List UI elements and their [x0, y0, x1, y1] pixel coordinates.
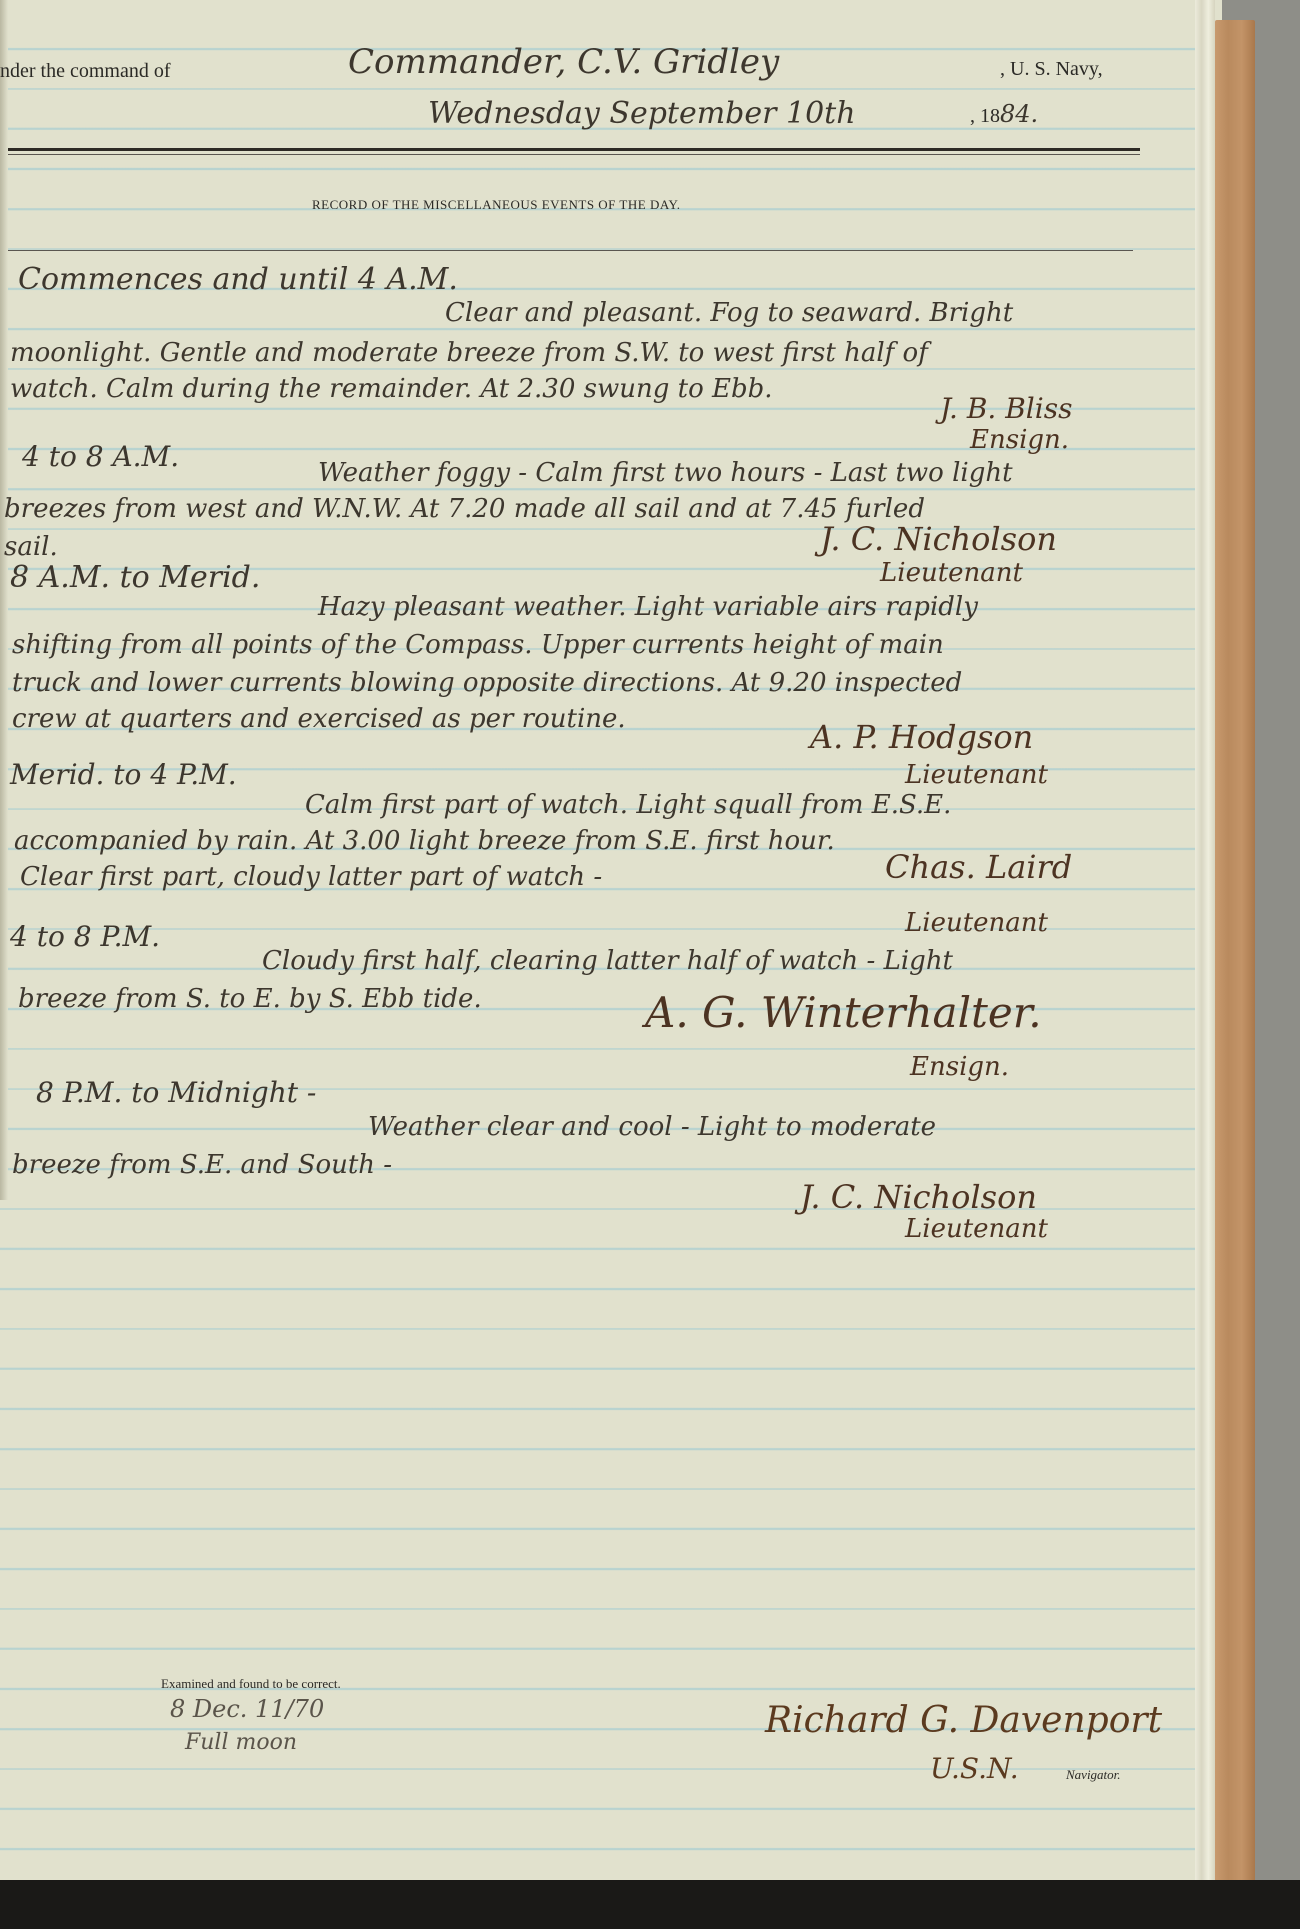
- book-cover-edge: [1215, 20, 1255, 1890]
- navigator-rank-handwritten: U.S.N.: [930, 1752, 1019, 1785]
- watch-line: Weather clear and cool - Light to modera…: [368, 1112, 936, 1142]
- logbook-page: nder the command of Commander, C.V. Grid…: [0, 0, 1222, 1905]
- navy-label: , U. S. Navy,: [1000, 58, 1103, 81]
- year-prefix: , 18: [970, 105, 1000, 127]
- watch-line: crew at quarters and exercised as per ro…: [12, 704, 626, 734]
- watch-officer-rank: Lieutenant: [905, 1214, 1048, 1244]
- command-label: nder the command of: [0, 60, 171, 83]
- watch-officer-signature: J. C. Nicholson: [820, 520, 1057, 558]
- watch-officer-rank: Lieutenant: [905, 908, 1048, 938]
- moon-phase-note: Full moon: [185, 1730, 297, 1755]
- watch-line: sail.: [4, 532, 58, 562]
- watch-officer-signature: A. G. Winterhalter.: [645, 988, 1042, 1037]
- watch-period: 8 A.M. to Merid.: [10, 560, 260, 595]
- watch-period: Commences and until 4 A.M.: [18, 262, 458, 297]
- watch-period: Merid. to 4 P.M.: [10, 758, 237, 791]
- watch-line: truck and lower currents blowing opposit…: [12, 668, 962, 698]
- watch-line: moonlight. Gentle and moderate breeze fr…: [10, 338, 928, 368]
- year-suffix: 84.: [1000, 100, 1038, 128]
- header-rule: [8, 148, 1140, 151]
- watch-line: Cloudy first half, clearing latter half …: [262, 946, 953, 976]
- watch-period: 8 P.M. to Midnight -: [36, 1076, 316, 1109]
- watch-officer-rank: Ensign.: [910, 1052, 1009, 1082]
- navigator-signature: Richard G. Davenport: [765, 1700, 1162, 1741]
- watch-period: 4 to 8 P.M.: [10, 920, 160, 953]
- watch-officer-signature: A. P. Hodgson: [810, 718, 1033, 756]
- watch-officer-rank: Ensign.: [970, 425, 1069, 455]
- watch-line: shifting from all points of the Compass.…: [12, 630, 944, 660]
- examined-date-note: 8 Dec. 11/70: [170, 1695, 324, 1723]
- watch-officer-signature: J. C. Nicholson: [800, 1178, 1037, 1216]
- log-date: Wednesday September 10th: [428, 96, 856, 131]
- commander-name: Commander, C.V. Gridley: [348, 42, 779, 82]
- watch-line: Calm first part of watch. Light squall f…: [305, 790, 951, 820]
- header-rule-thin: [8, 154, 1140, 155]
- watch-line: breezes from west and W.N.W. At 7.20 mad…: [4, 494, 925, 524]
- watch-line: watch. Calm during the remainder. At 2.3…: [10, 374, 773, 404]
- background-shadow: [0, 1880, 1300, 1929]
- watch-line: accompanied by rain. At 3.00 light breez…: [14, 826, 835, 856]
- watch-officer-rank: Lieutenant: [880, 558, 1023, 588]
- page-stack-edge: [1195, 0, 1215, 1890]
- section-rule: [8, 250, 1133, 251]
- watch-period: 4 to 8 A.M.: [22, 440, 179, 473]
- watch-line: Weather foggy - Calm first two hours - L…: [318, 458, 1013, 488]
- watch-line: breeze from S. to E. by S. Ebb tide.: [18, 984, 482, 1014]
- navigator-label: Navigator.: [1066, 1767, 1121, 1783]
- watch-officer-signature: Chas. Laird: [885, 848, 1072, 886]
- watch-line: Clear and pleasant. Fog to seaward. Brig…: [445, 298, 1013, 328]
- log-year: , 1884.: [970, 100, 1038, 128]
- watch-officer-signature: J. B. Bliss: [940, 392, 1072, 425]
- examined-label: Examined and found to be correct.: [161, 1676, 341, 1692]
- section-title: RECORD OF THE MISCELLANEOUS EVENTS OF TH…: [312, 197, 681, 213]
- watch-line: Clear first part, cloudy latter part of …: [20, 862, 602, 892]
- watch-officer-rank: Lieutenant: [905, 760, 1048, 790]
- watch-line: Hazy pleasant weather. Light variable ai…: [318, 592, 978, 622]
- watch-line: breeze from S.E. and South -: [12, 1150, 392, 1180]
- page-fold-shadow: [0, 0, 8, 1200]
